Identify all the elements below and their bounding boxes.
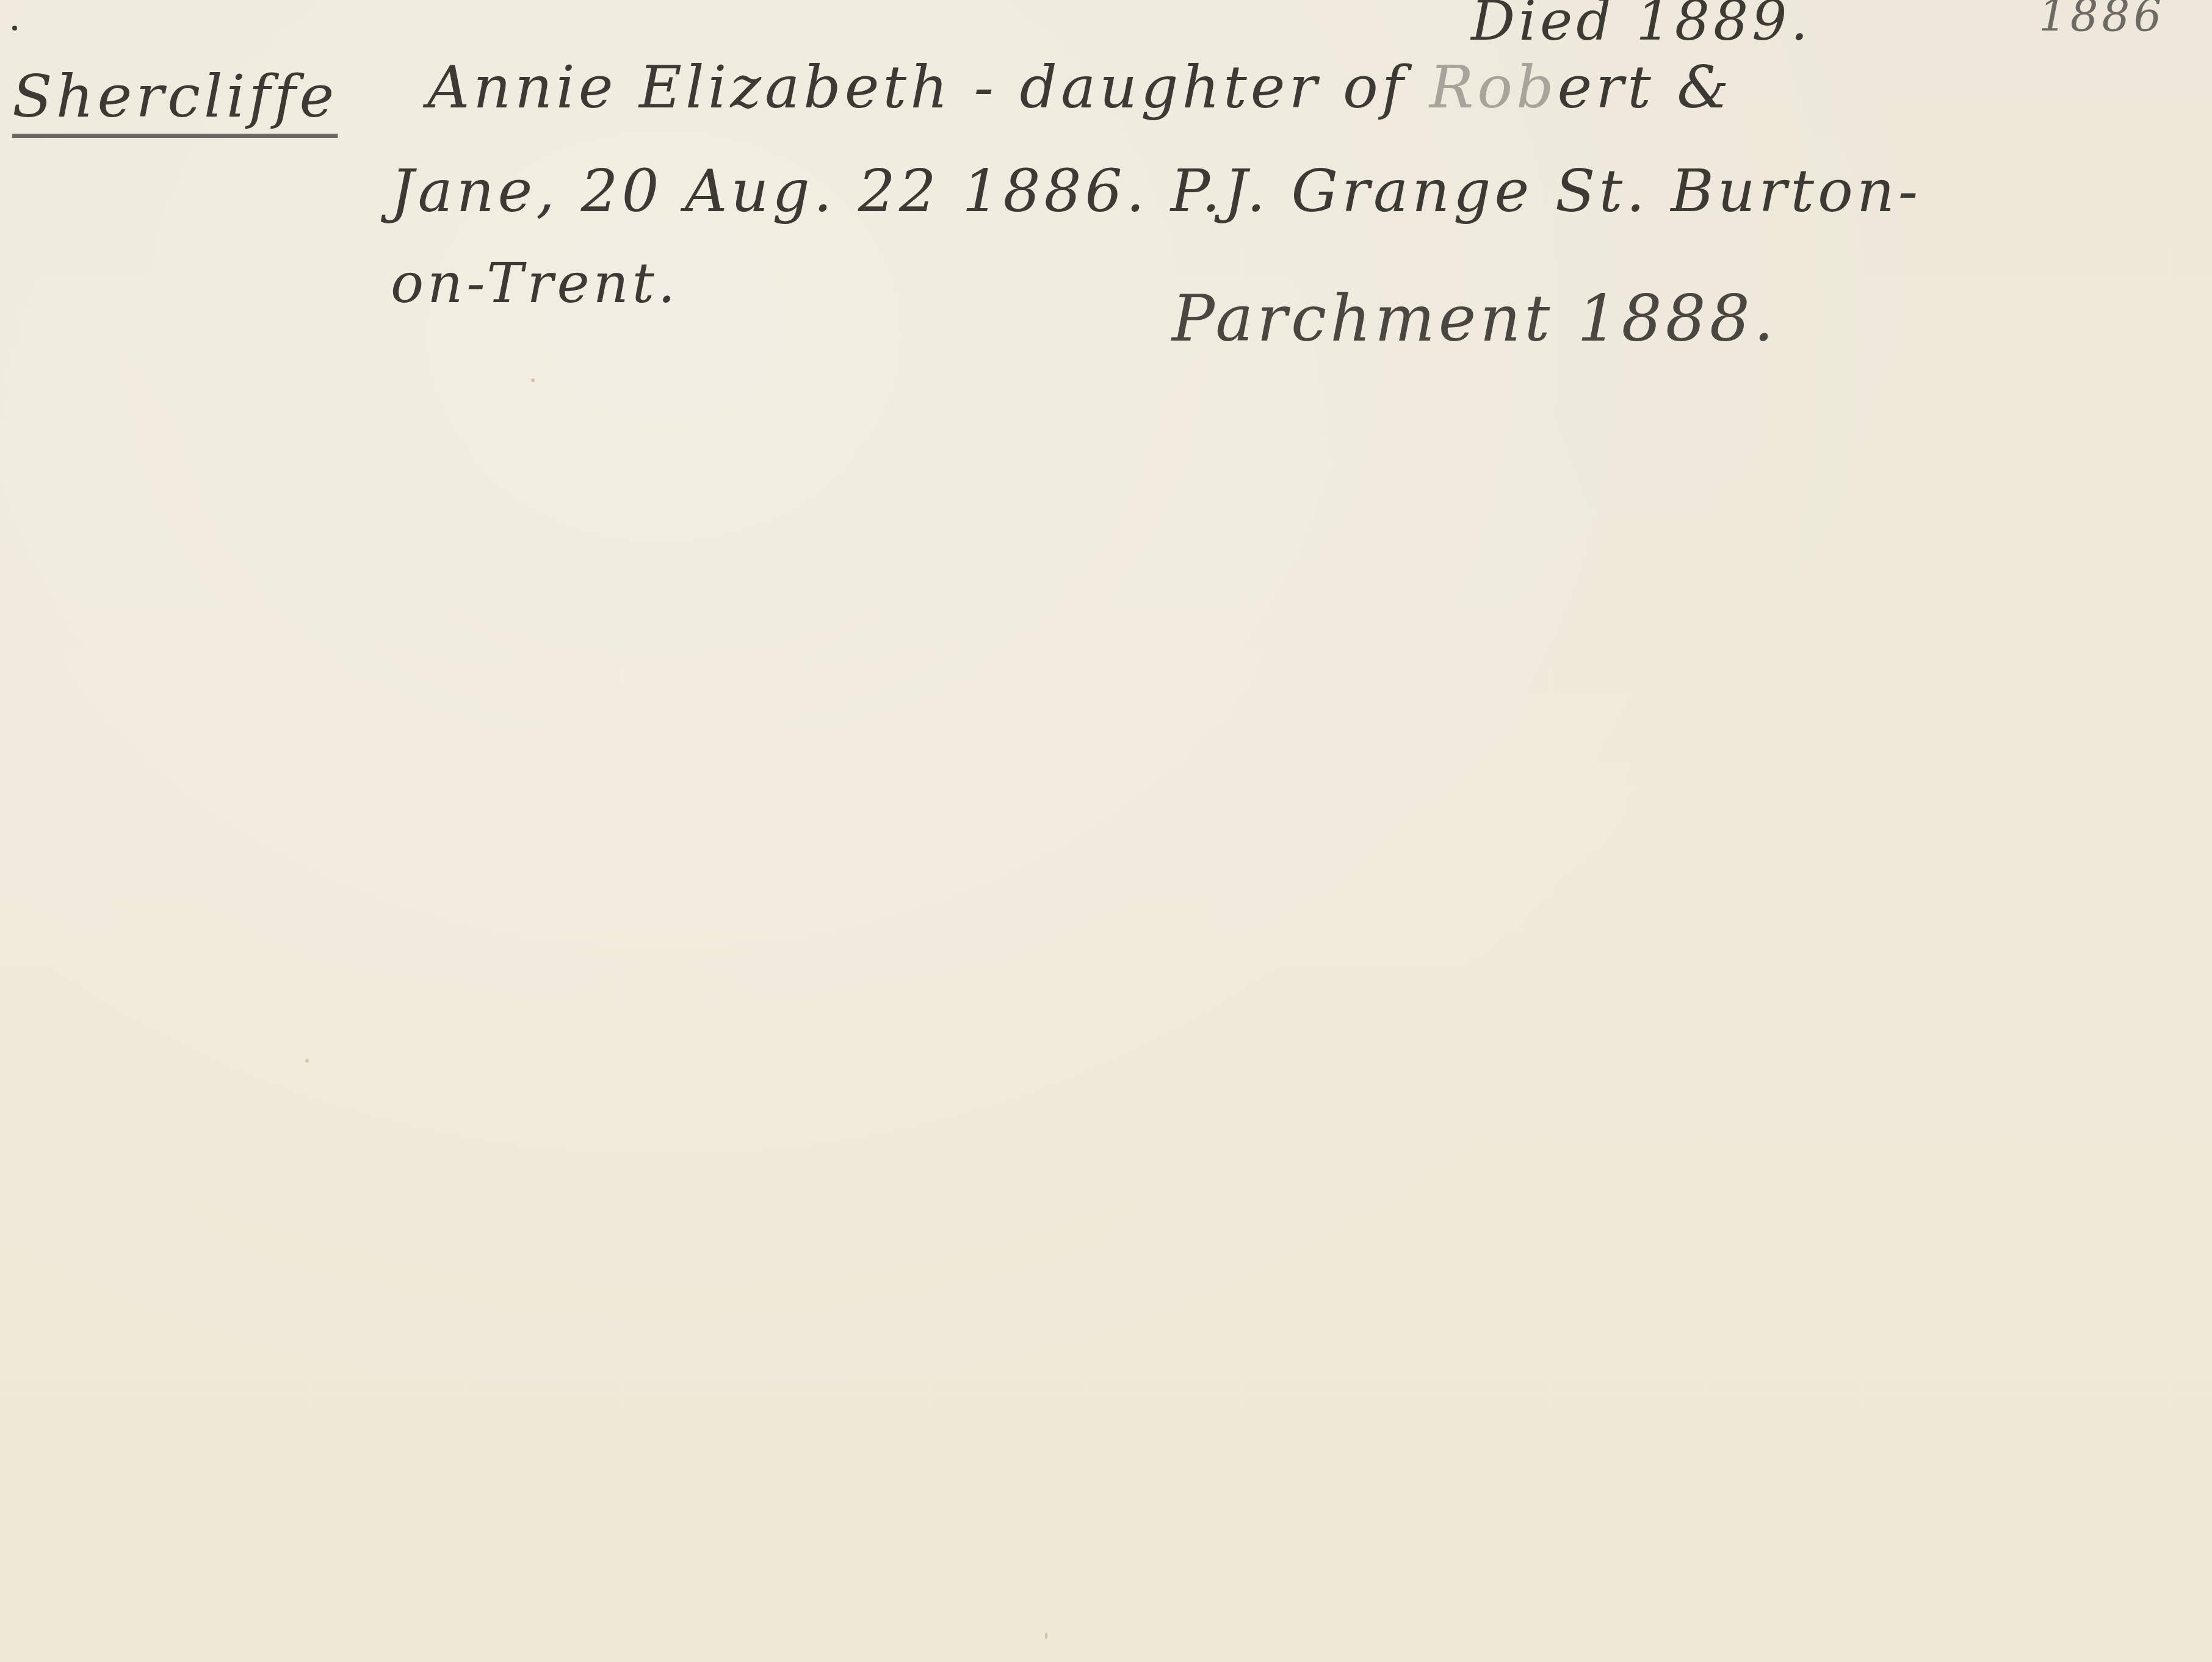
paper-speck xyxy=(1045,1633,1047,1639)
index-card: Died 1889. 1886 Shercliffe Annie Elizabe… xyxy=(0,0,2212,1662)
paper-speck xyxy=(305,1059,309,1063)
entry-line-2: Jane, 20 Aug. 22 1886. P.J. Grange St. B… xyxy=(391,162,1921,220)
ink-dot xyxy=(12,26,17,31)
entry-line-1-suffix: ert & xyxy=(1557,53,1732,121)
died-annotation: Died 1889. xyxy=(1471,0,1812,49)
paper-speck xyxy=(531,378,535,382)
entry-line-1-faint: Rob xyxy=(1429,53,1558,121)
entry-line-1-prefix: Annie Elizabeth - daughter of xyxy=(427,53,1429,121)
year-annotation: 1886 xyxy=(2039,0,2165,38)
entry-line-1: Annie Elizabeth - daughter of Robert & xyxy=(427,58,1733,117)
parchment-note: Parchment 1888. xyxy=(1172,287,1777,350)
entry-line-3: on-Trent. xyxy=(391,256,679,311)
surname: Shercliffe xyxy=(12,67,338,126)
